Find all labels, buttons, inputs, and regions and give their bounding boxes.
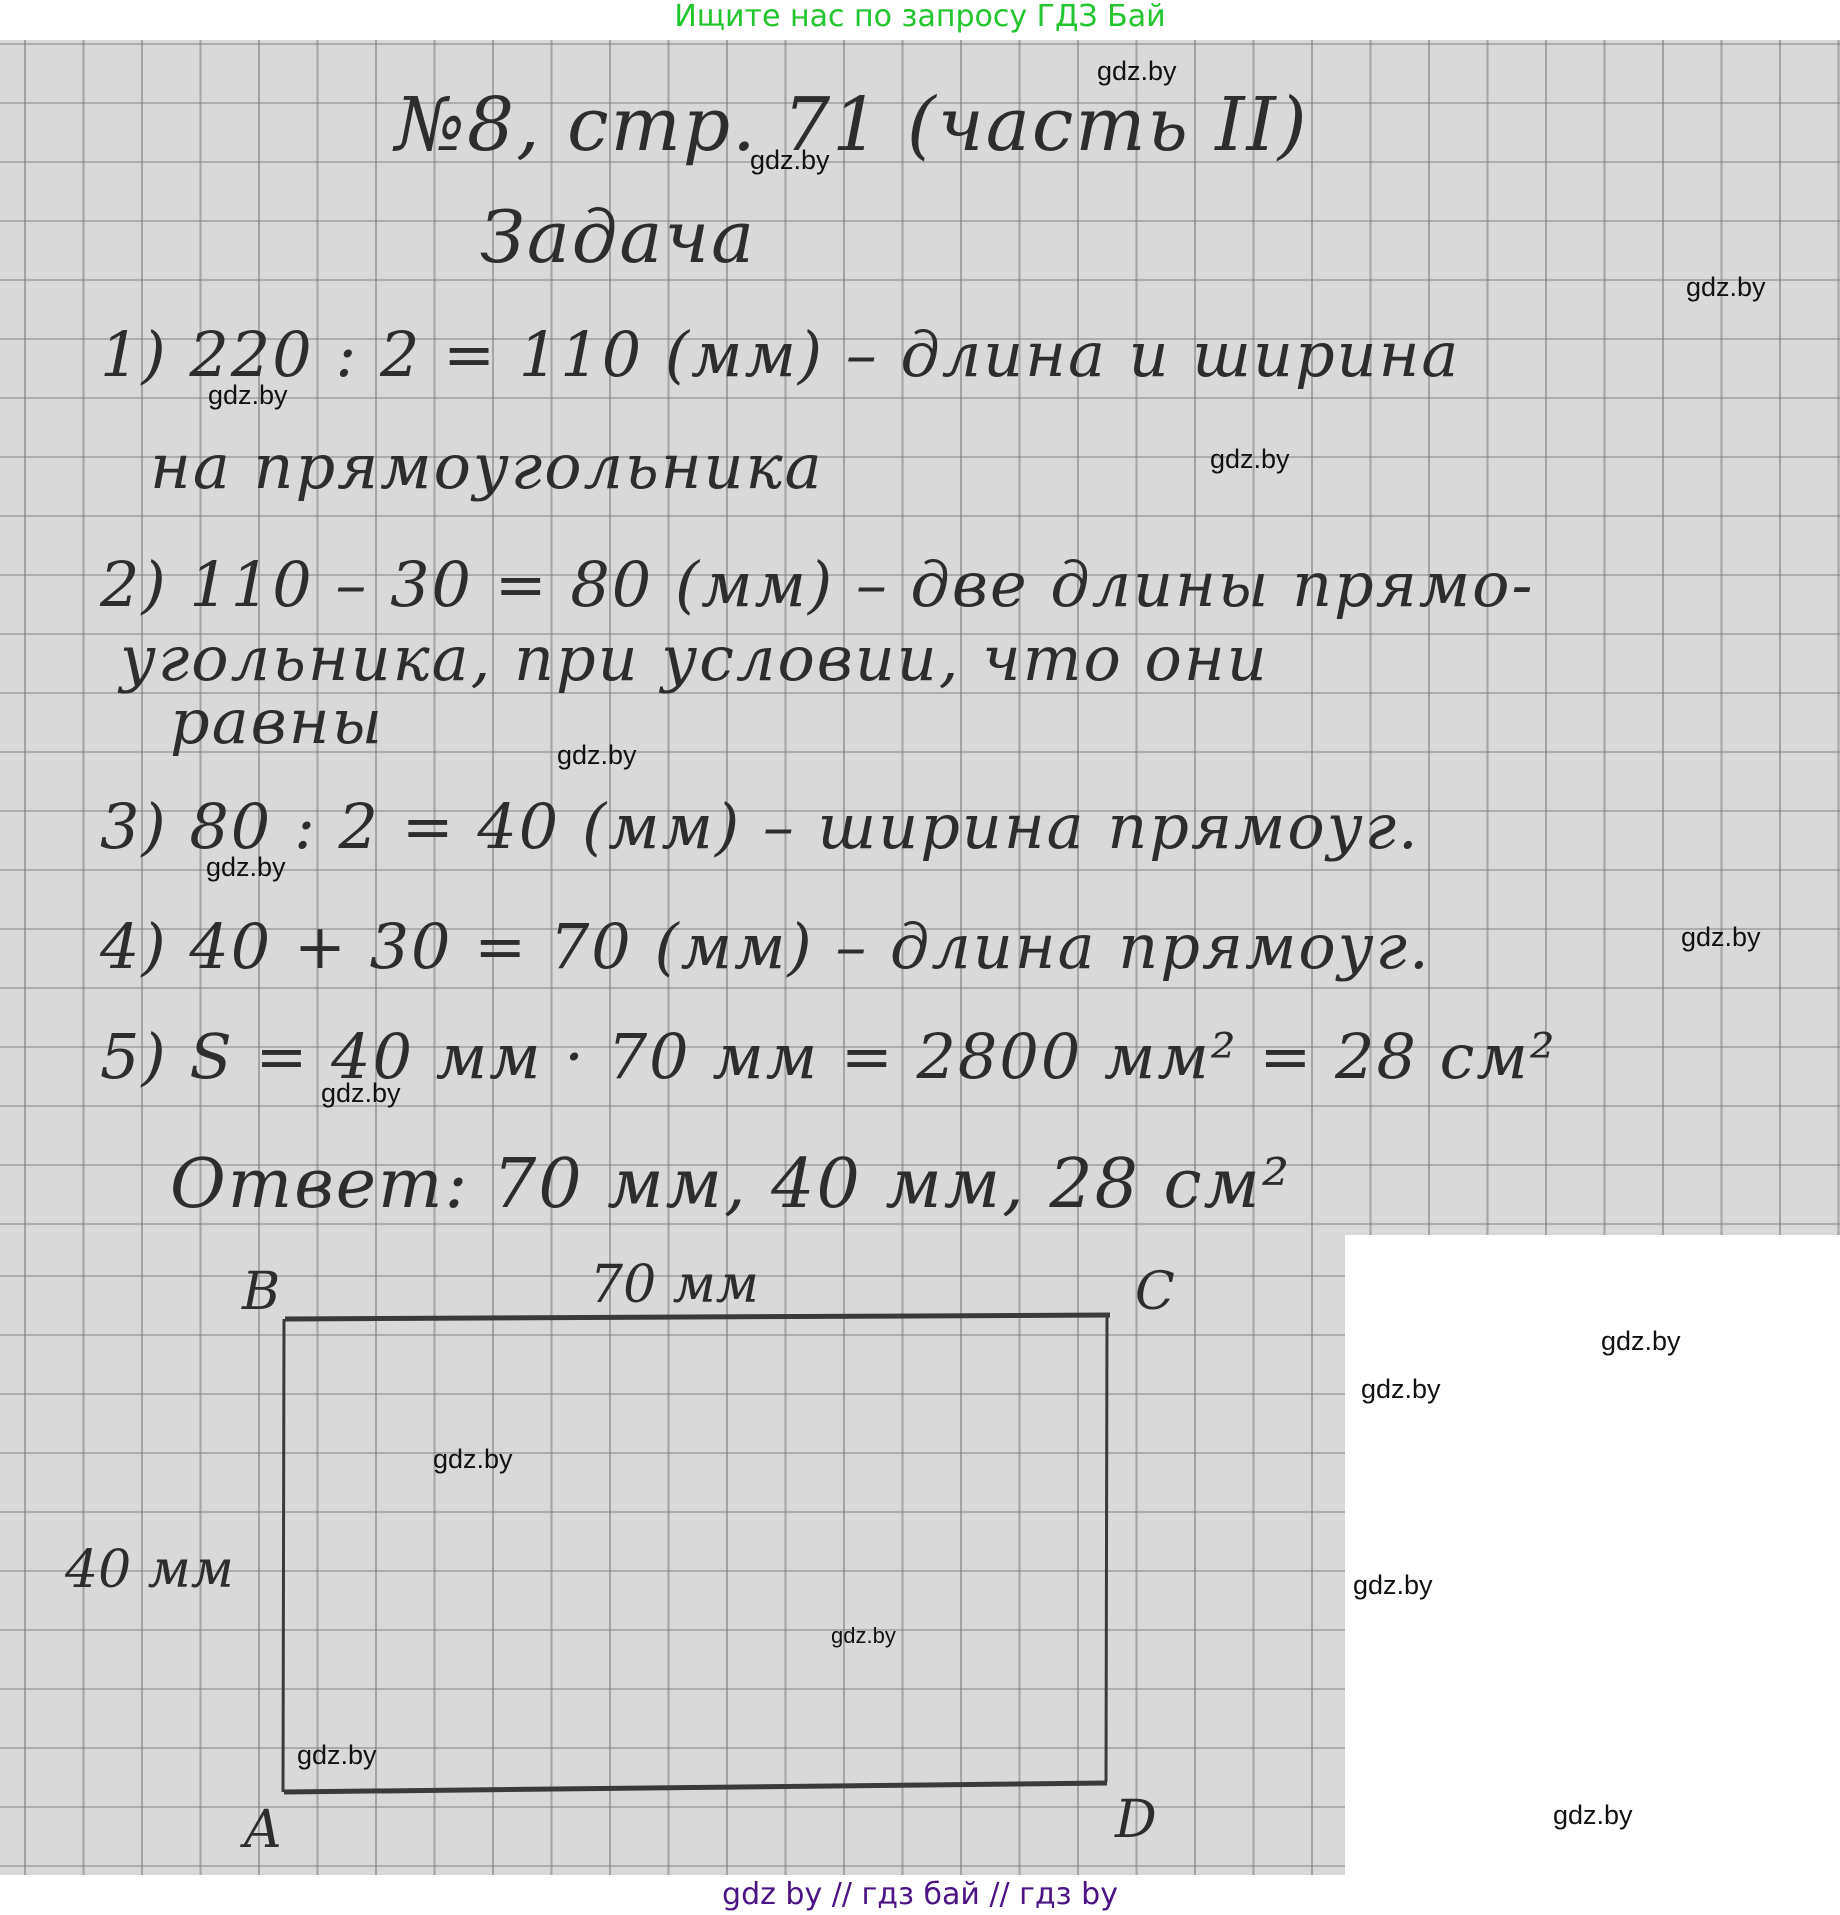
step-1-line-2: на прямоугольника [150,430,824,503]
watermark: gdz.by [206,852,286,883]
side-cd [1106,1315,1107,1782]
watermark: gdz.by [1553,1800,1633,1831]
step-1-line-1: 1) 220 : 2 = 110 (мм) – длина и ширина [100,318,1460,391]
side-bc [285,1315,1110,1319]
watermark: gdz.by [1686,272,1766,303]
side-ab [283,1319,284,1792]
answer-line: Ответ: 70 мм, 40 мм, 28 см² [170,1145,1291,1224]
top-banner: Ищите нас по запросу ГДЗ Бай [0,0,1840,40]
watermark: gdz.by [750,145,830,176]
watermark: gdz.by [297,1740,377,1771]
step-2-line-1: 2) 110 – 30 = 80 (мм) – две длины прямо- [100,548,1534,621]
watermark: gdz.by [1361,1374,1441,1405]
left-side-length-label: 40 мм [65,1540,234,1600]
watermark: gdz.by [433,1444,513,1475]
watermark: gdz.by [321,1078,401,1109]
watermark: gdz.by [1210,444,1290,475]
vertex-a-label: A [244,1800,282,1860]
step-5: 5) S = 40 мм · 70 мм = 2800 мм² = 28 см² [100,1020,1557,1093]
vertex-c-label: C [1135,1262,1175,1322]
step-3: 3) 80 : 2 = 40 (мм) – ширина прямоуг. [100,790,1420,863]
watermark: gdz.by [208,380,288,411]
vertex-b-label: B [242,1262,280,1322]
watermark: gdz.by [1601,1326,1681,1357]
watermark: gdz.by [1681,922,1761,953]
task-heading: Задача [480,195,756,279]
watermark: gdz.by [1353,1570,1433,1601]
top-side-length-label: 70 мм [590,1255,759,1315]
side-ad [284,1783,1107,1792]
step-2-line-3: равны [170,685,384,758]
step-4: 4) 40 + 30 = 70 (мм) – длина прямоуг. [100,910,1431,983]
page-heading: №8, стр. 71 (часть II) [395,82,1309,168]
watermark: gdz.by [557,740,637,771]
vertex-d-label: D [1115,1790,1157,1850]
bottom-banner: gdz by // гдз бай // гдз by [0,1875,1840,1915]
watermark: gdz.by [1097,56,1177,87]
watermark: gdz.by [831,1623,896,1649]
